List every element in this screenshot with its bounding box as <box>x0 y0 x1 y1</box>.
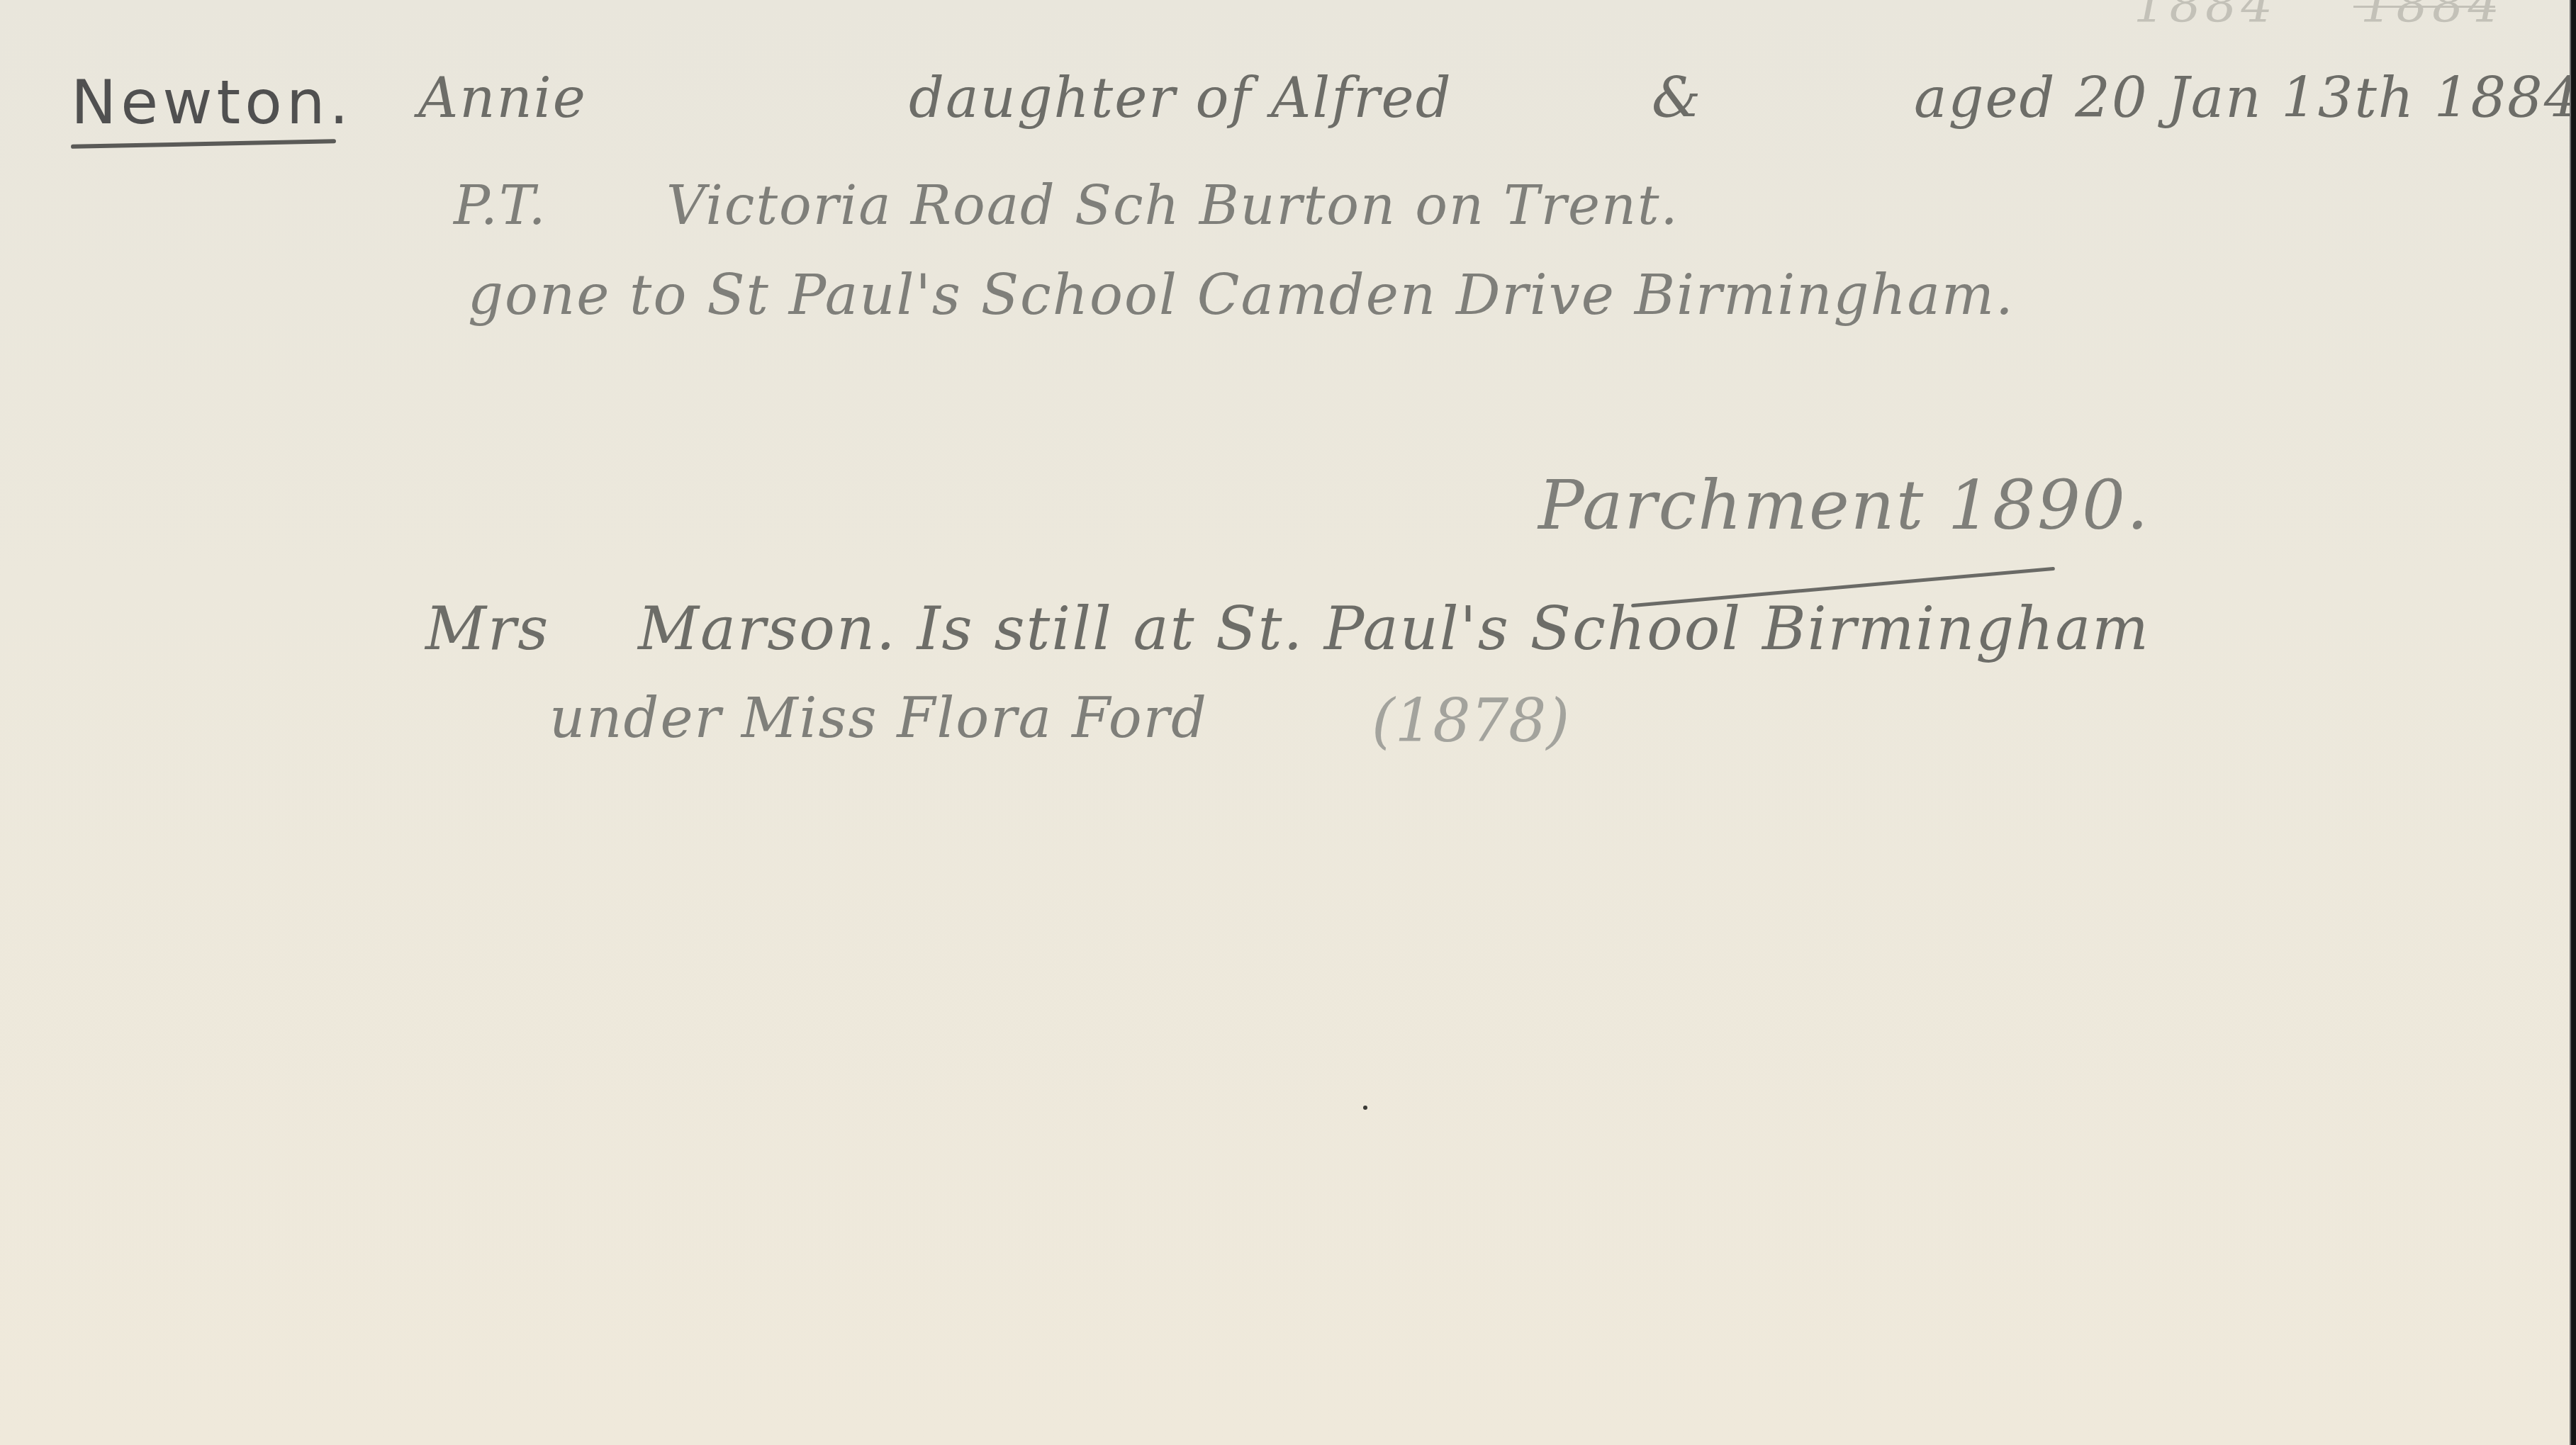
entry-destination: gone to St Paul's School Camden Drive Bi… <box>468 268 2015 323</box>
entry-relation-ampersand: & <box>1652 71 1702 126</box>
register-page: 1884 1884 Newton. Annie daughter of Alfr… <box>0 0 2571 1445</box>
entry-surname: Newton. <box>71 72 353 133</box>
parchment-annotation: Parchment 1890. <box>1538 471 2150 539</box>
pencil-strikethrough <box>2353 6 2495 8</box>
entry-relation: daughter of Alfred <box>909 71 1452 126</box>
note-prefix: Mrs <box>425 599 549 658</box>
entry-age-date: aged 20 Jan 13th 1884 <box>1914 71 2576 126</box>
pencil-year-left: 1884 <box>2134 0 2277 34</box>
entry-address: Victoria Road Sch Burton on Trent. <box>666 179 1679 232</box>
entry-first-name: Annie <box>418 71 587 126</box>
note-year-pencil: (1878) <box>1372 686 1569 755</box>
note-line-1: Marson. Is still at St. Paul's School Bi… <box>638 599 2150 658</box>
surname-underline <box>71 139 336 149</box>
paper-speck <box>1363 1106 1367 1110</box>
scan-edge <box>2570 0 2576 1445</box>
entry-address-prefix: P.T. <box>454 179 547 232</box>
note-line-2: under Miss Flora Ford <box>549 691 1208 746</box>
